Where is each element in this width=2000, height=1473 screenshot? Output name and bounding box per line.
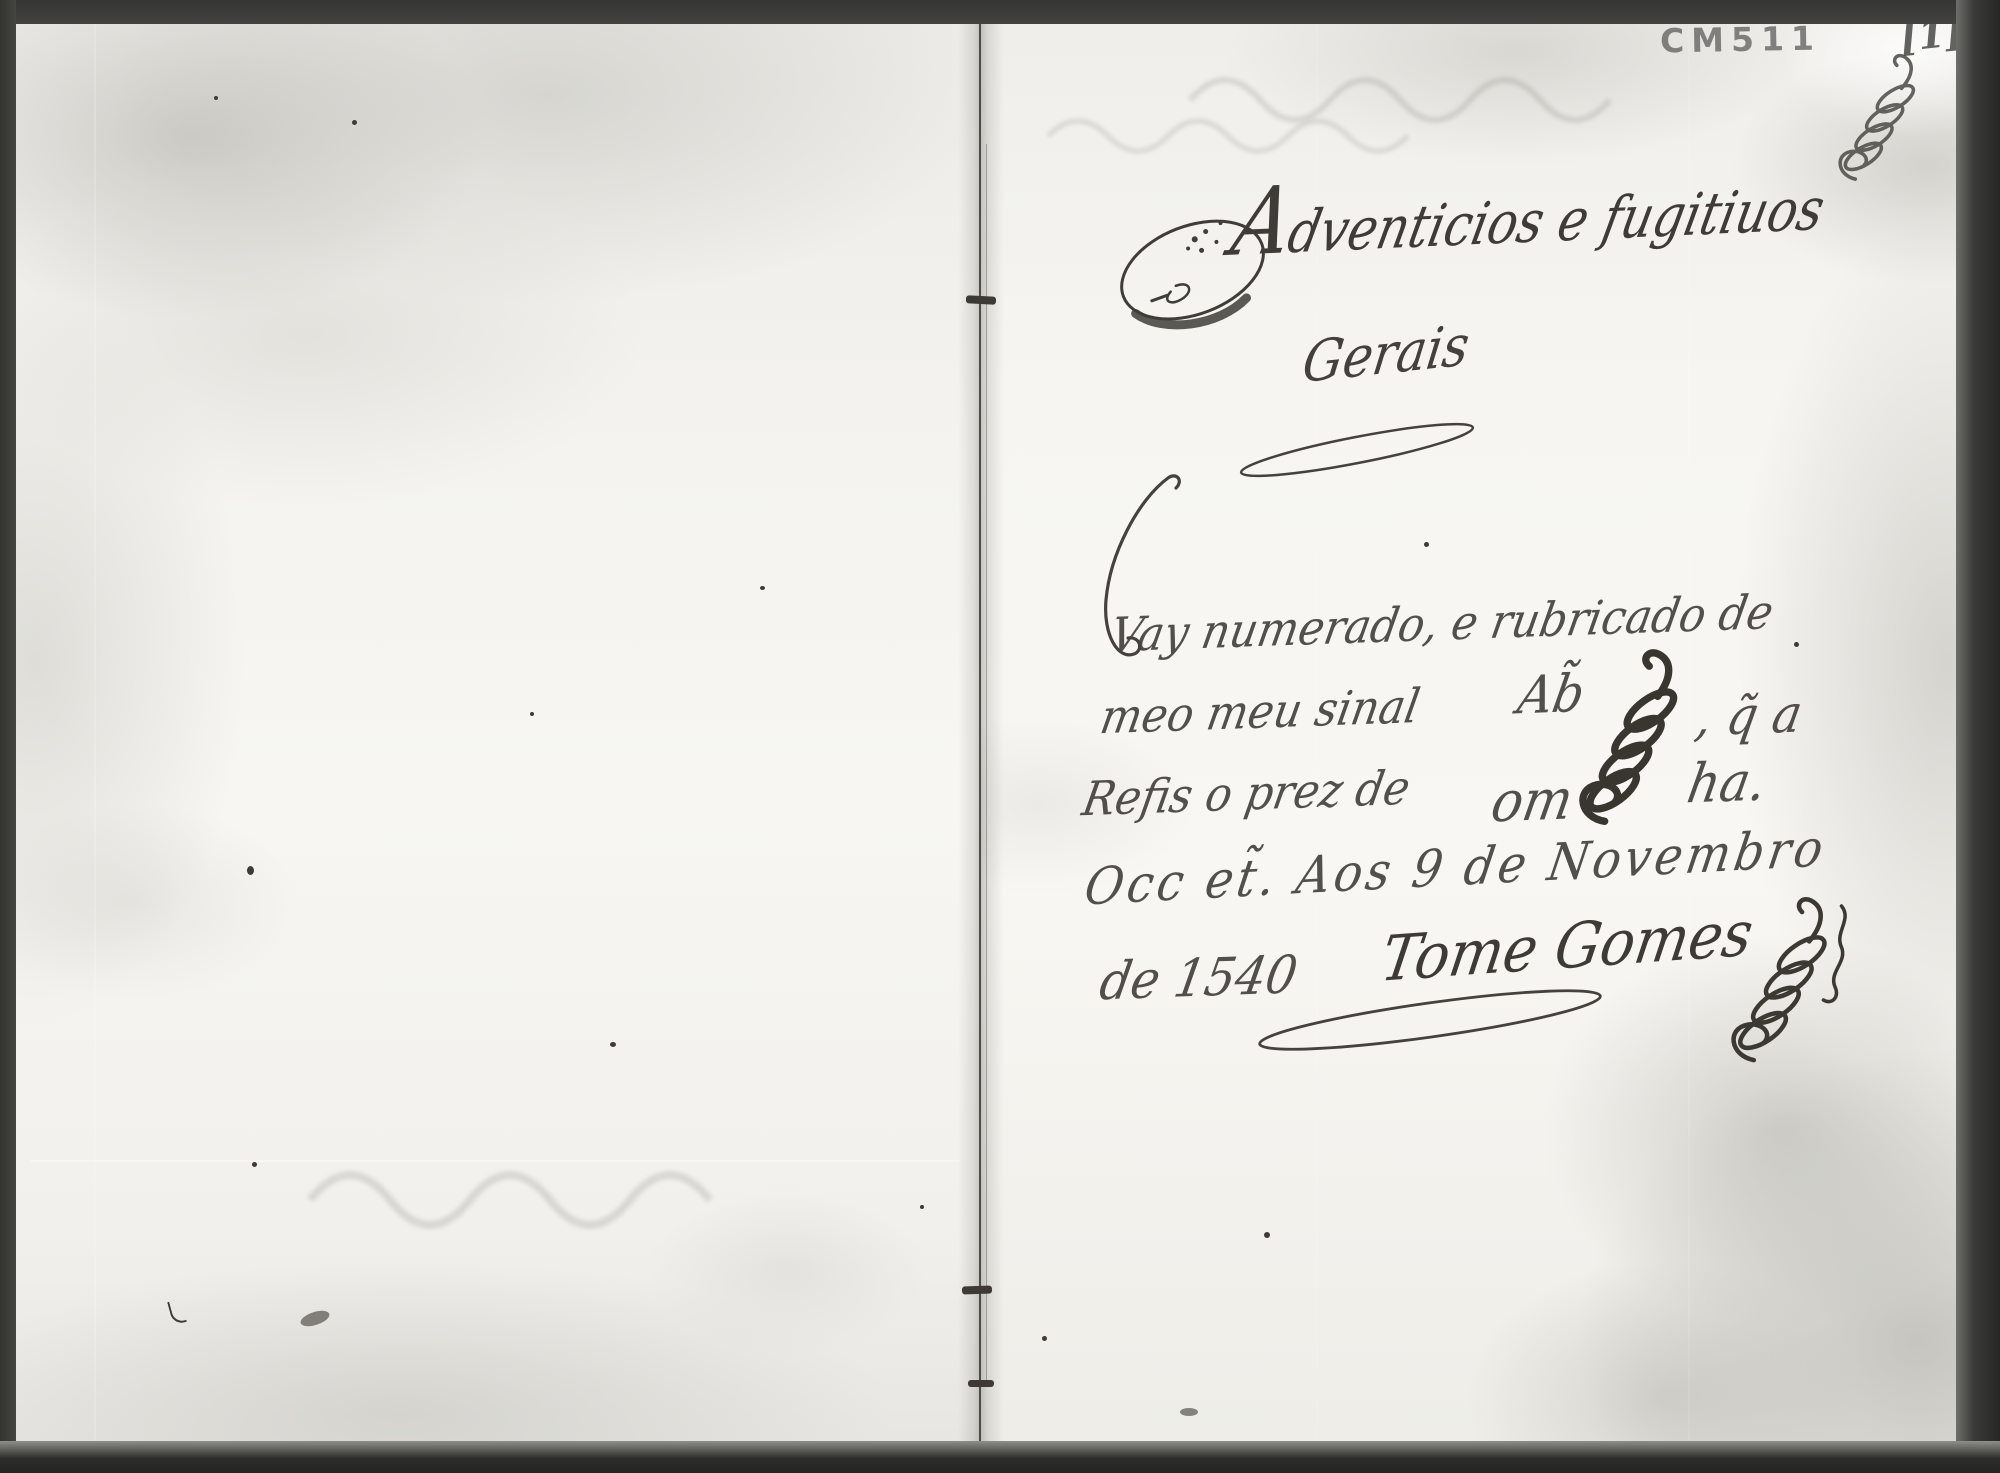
ink-speck [247,866,254,875]
ink-speck [610,1042,616,1047]
ink-speck [1042,1336,1047,1341]
body-line-3-left: Refis o prez de [1078,761,1414,828]
scan-edge-left [0,0,16,1473]
body-line-2-left: meo meu sinal [1096,679,1424,745]
binding-stitch [968,1380,994,1387]
ink-speck [760,586,765,590]
body-line-2-right: , q̃ a [1691,684,1806,748]
ink-speck [1264,1232,1270,1238]
ink-smudge [1180,1408,1198,1416]
ink-speck [920,1205,924,1209]
book-gutter [958,24,1004,1441]
scan-edge-top [0,0,2000,24]
page-crease [94,24,96,1441]
ink-speck [1794,642,1799,647]
gutter-seam-line [979,24,981,1441]
ink-speck [352,120,357,125]
binding-stitch [966,295,996,305]
gutter-seam-line [986,144,987,1381]
scan-edge-right [1956,0,2000,1473]
ink-speck [530,712,534,716]
body-line-3-mid: om [1486,767,1577,835]
manuscript-scan: CM511 [1] Adventicios e fugitiuos Gerais… [0,0,2000,1473]
archive-reference-code: CM511 [1660,19,1822,61]
bleedthrough-writing [1040,96,1460,166]
scan-edge-bottom [0,1441,2000,1473]
ink-speck [1424,542,1429,547]
rubric-flourish-icon [1824,36,1944,198]
binding-stitch [962,1285,992,1294]
ink-speck [214,96,218,100]
bleedthrough-writing [300,1130,820,1260]
ink-speck [252,1162,257,1167]
notary-rubric-icon [1569,632,1705,840]
signature-rubric-icon [1722,874,1874,1087]
